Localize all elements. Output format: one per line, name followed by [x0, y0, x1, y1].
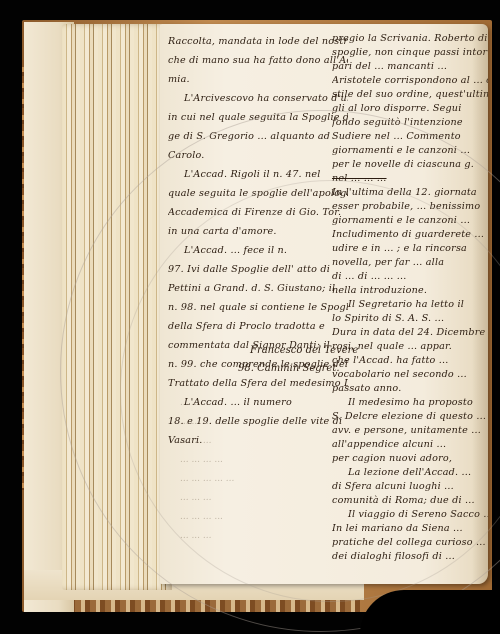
text-line: L'Accad. ... fece il n.	[168, 241, 348, 260]
text-line: quale seguita le spoglie dell'apologia	[168, 184, 348, 203]
text-line: stile del suo ordine, quest'ultimo	[332, 88, 488, 102]
text-line: di ... di ... ... ...	[332, 270, 488, 284]
text-line: Pettini a Grand. d. S. Giustano; il	[168, 279, 348, 298]
text-line: giornamenti e le canzoni ...	[332, 214, 488, 228]
text-line: vocabolario nel secondo ...	[332, 368, 488, 382]
text-line: esser probabile, ... benissimo	[332, 200, 488, 214]
text-line: pratiche del collega curioso ...	[332, 536, 488, 550]
text-line-struck: nel ... ... ...	[332, 172, 488, 186]
photograph: Raccolta, mandata in lode del nostro che…	[0, 0, 500, 634]
text-line: spoglie, non cinque passi intorno	[332, 46, 488, 60]
text-line: Il viaggio di Sereno Sacco ...	[332, 508, 488, 522]
text-line: ge di S. Gregorio ... alquanto ad	[168, 127, 348, 146]
text-line: udire e in ... ; e la rincorsa	[332, 242, 488, 256]
shadow	[360, 590, 500, 634]
text-line: L'Accad. Rigoli il n. 47. nel	[168, 165, 348, 184]
text-line: gli al loro disporre. Segui	[332, 102, 488, 116]
text-line: L'Arcivescovo ha conservato d'una	[168, 89, 348, 108]
text-line: passato anno.	[332, 382, 488, 396]
bleed-through-text: ... ... ... ... ... ... ... ... ... ... …	[180, 394, 350, 546]
text-line: di Sfera alcuni luoghi ...	[332, 480, 488, 494]
text-line: Il Segretario ha letto il	[332, 298, 488, 312]
text-line: Carolo.	[168, 146, 348, 165]
text-line: mia.	[168, 70, 348, 89]
text-line: Accademica di Firenze di Gio. Tor.	[168, 203, 348, 222]
text-line: rosi, nel quale ... appar.	[332, 340, 488, 354]
text-line: lo Spirito di S. A. S. ...	[332, 312, 488, 326]
text-line: Dura in data del 24. Dicembre	[332, 326, 488, 340]
text-line: avv. e persone, unitamente ...	[332, 424, 488, 438]
text-line: per cagion nuovi adoro,	[332, 452, 488, 466]
text-line: nella introduzione.	[332, 284, 488, 298]
text-line: fondo seguitò l'intenzione	[332, 116, 488, 130]
text-line: In lei mariano da Siena ...	[332, 522, 488, 536]
text-line: dei dialoghi filosofi di ...	[332, 550, 488, 564]
text-line: novella, per far ... alla	[332, 256, 488, 270]
text-line: La lezione dell'Accad. ...	[332, 466, 488, 480]
text-line: pregio la Scrivania. Roberto di	[332, 32, 488, 46]
page-edges	[62, 24, 172, 590]
left-column-text: Raccolta, mandata in lode del nostro che…	[168, 32, 348, 450]
text-line: in una carta d'amore.	[168, 222, 348, 241]
text-line: Aristotele corrispondono al ... di	[332, 74, 488, 88]
text-line: Il medesimo ha proposto	[332, 396, 488, 410]
right-column-text: pregio la Scrivania. Roberto di spoglie,…	[332, 32, 488, 564]
text-line: In l'ultima della 12. giornata	[332, 186, 488, 200]
text-line: Includimento di guarderete ...	[332, 228, 488, 242]
manuscript-page: Raccolta, mandata in lode del nostro che…	[160, 24, 488, 584]
text-line: giornamenti e le canzoni ...	[332, 144, 488, 158]
text-line: che l'Accad. ha fatto ...	[332, 354, 488, 368]
text-line: che di mano sua ha fatto dono all'Accad.	[168, 51, 348, 70]
text-line: comunità di Roma; due di ...	[332, 494, 488, 508]
text-line: Sudiere nel ... Commento	[332, 130, 488, 144]
text-line: della Sfera di Proclo tradotta e	[168, 317, 348, 336]
text-line: per le novelle di ciascuna g.	[332, 158, 488, 172]
text-line: all'appendice alcuni ...	[332, 438, 488, 452]
text-line: pari del ... mancanti ...	[332, 60, 488, 74]
text-line: n. 98. nel quale si contiene le Spoglie	[168, 298, 348, 317]
text-line: in cui nel quale seguita la Spoglie di A…	[168, 108, 348, 127]
text-line: S. Delcre elezione di questo ...	[332, 410, 488, 424]
text-line: 97. Ivi dalle Spoglie dell' atto di	[168, 260, 348, 279]
text-line: Raccolta, mandata in lode del nostro	[168, 32, 348, 51]
marbled-cover-bottom	[60, 598, 360, 612]
